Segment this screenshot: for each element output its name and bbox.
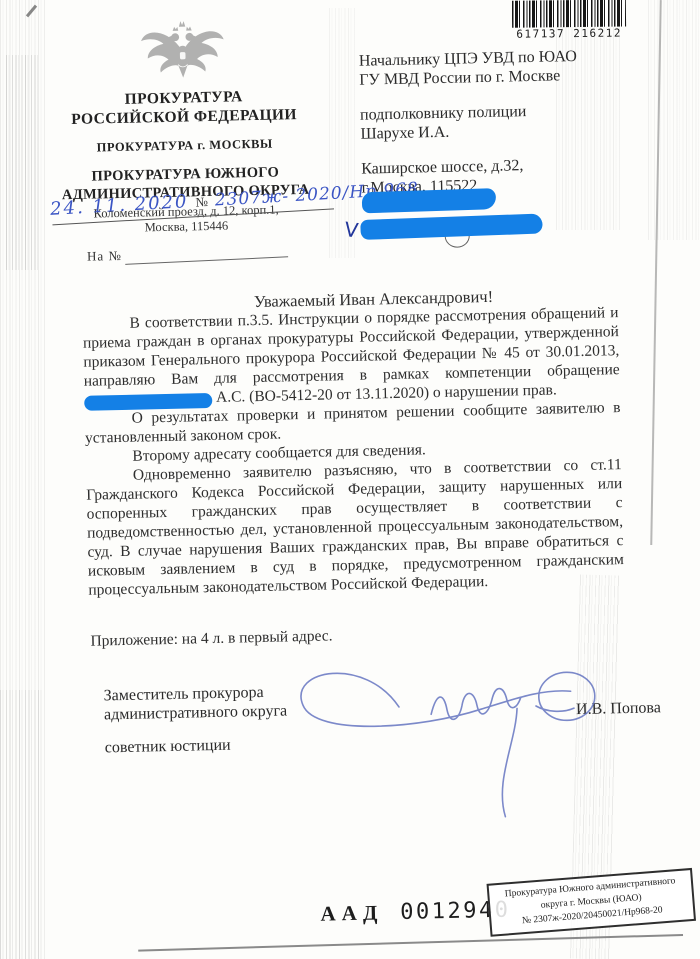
page-bottom-edge	[138, 934, 683, 952]
barcode-bars	[512, 0, 626, 28]
signoff-block: Заместитель прокурора административного …	[103, 682, 288, 757]
paragraph-4: Одновременно заявителю разъясняю, что в …	[86, 455, 625, 600]
scanned-letter-page: ПРОКУРАТУРА РОССИЙСКОЙ ФЕДЕРАЦИИ ПРОКУРА…	[0, 0, 700, 959]
barcode: 617137 216212	[512, 0, 626, 41]
handwritten-signature	[280, 641, 604, 833]
reply-to-label: На №	[87, 248, 122, 265]
signoff-position-line2: административного округа	[104, 701, 287, 724]
redaction-bar-2	[360, 213, 543, 239]
paragraph-1-text-before: В соответствии п.3.5. Инструкции о поряд…	[83, 304, 620, 390]
printed-number-sign: №	[195, 194, 208, 211]
paragraph-1: В соответствии п.3.5. Инструкции о поряд…	[82, 303, 620, 410]
russia-coat-of-arms-icon	[134, 19, 231, 83]
barcode-number: 617137 216212	[512, 26, 626, 40]
document-code-row: ААД 0012940	[320, 898, 511, 927]
letterhead-city: ПРОКУРАТУРА г. МОСКВЫ	[27, 135, 343, 157]
reply-to-underline	[125, 256, 288, 265]
handwritten-checkmark: V	[343, 217, 359, 242]
redaction-inline-name	[84, 393, 212, 411]
signoff-rank: советник юстиции	[105, 734, 288, 757]
letter-body: Уважаемый Иван Александрович! В соответс…	[82, 284, 625, 600]
redaction-bar-1	[362, 188, 497, 213]
registration-stamp: Прокуратура Южного административного окр…	[487, 868, 697, 937]
document-code: ААД	[320, 900, 383, 926]
